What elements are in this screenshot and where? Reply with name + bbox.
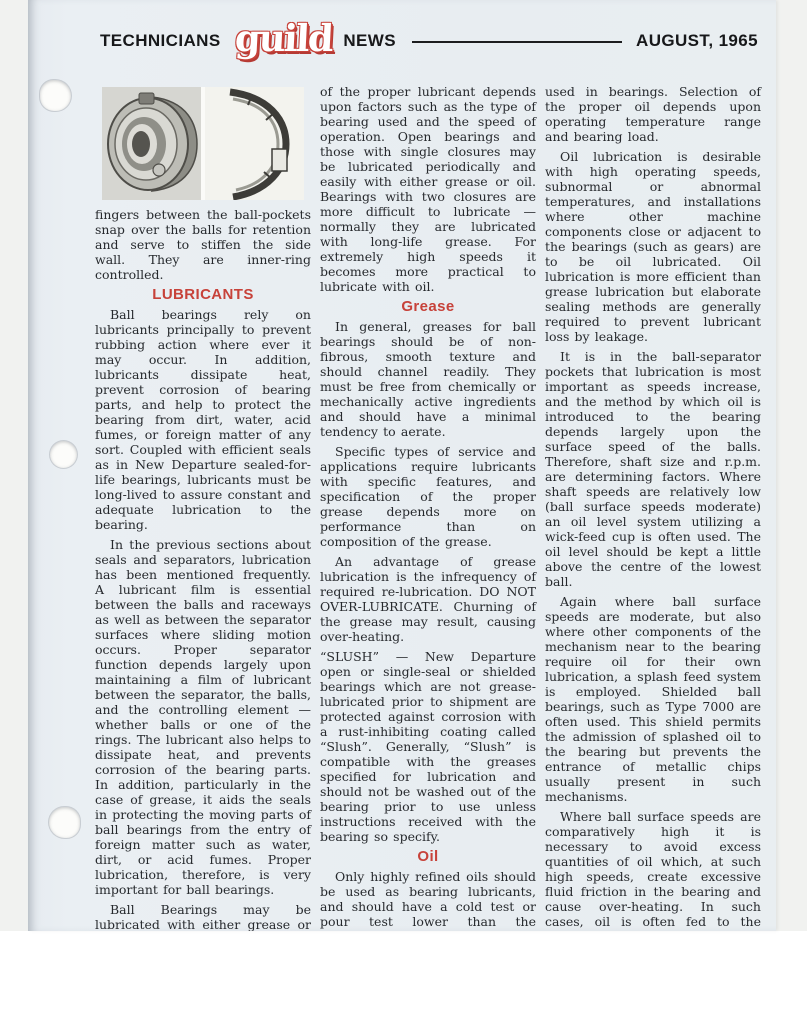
- body-paragraph: “SLUSH” — New Departure open or single-s…: [320, 649, 536, 844]
- punch-hole-bottom: [49, 807, 80, 838]
- column-1: fingers between the ball-pockets snap ov…: [95, 84, 311, 931]
- punch-hole-top: [40, 80, 71, 111]
- body-paragraph: In general, greases for ball bearings sh…: [320, 319, 536, 439]
- photo-caption-paragraph: fingers between the ball-pockets snap ov…: [95, 207, 311, 282]
- body-paragraph: Oil lubrication is desirable with high o…: [545, 149, 761, 344]
- masthead-brand-left: TECHNICIANS: [100, 31, 221, 51]
- section-heading-oil: Oil: [320, 849, 536, 864]
- column-2: of the proper lubricant depends upon fac…: [320, 84, 536, 931]
- body-paragraph: Only highly refined oils should be used …: [320, 869, 536, 931]
- body-paragraph: Again where ball surface speeds are mode…: [545, 594, 761, 804]
- body-paragraph: used in bearings. Selection of the prope…: [545, 84, 761, 144]
- body-paragraph: Where ball surface speeds are comparativ…: [545, 809, 761, 931]
- body-paragraph: Ball bearings rely on lubricants princip…: [95, 307, 311, 532]
- body-paragraph: It is in the ball-separator pockets that…: [545, 349, 761, 589]
- article-columns: fingers between the ball-pockets snap ov…: [95, 84, 761, 931]
- section-heading-lubricants: LUBRICANTS: [95, 287, 311, 302]
- body-paragraph: Specific types of service and applicatio…: [320, 444, 536, 549]
- body-paragraph: In the previous sections about seals and…: [95, 537, 311, 897]
- body-paragraph: Ball Bearings may be lubricated with eit…: [95, 902, 311, 931]
- masthead-brand-right: NEWS: [343, 31, 396, 51]
- body-paragraph: of the proper lubricant depends upon fac…: [320, 84, 536, 294]
- punch-hole-middle: [50, 441, 77, 468]
- bearing-photo: [102, 87, 304, 200]
- issue-date: AUGUST, 1965: [636, 31, 758, 51]
- body-paragraph: An advantage of grease lubrication is th…: [320, 554, 536, 644]
- column-3: used in bearings. Selection of the prope…: [545, 84, 761, 931]
- masthead: TECHNICIANS guild NEWS AUGUST, 1965: [100, 20, 758, 62]
- masthead-rule: [412, 41, 622, 43]
- guild-logo: guild: [234, 21, 333, 55]
- section-heading-grease: Grease: [320, 299, 536, 314]
- newsletter-page: TECHNICIANS guild NEWS AUGUST, 1965: [28, 0, 776, 931]
